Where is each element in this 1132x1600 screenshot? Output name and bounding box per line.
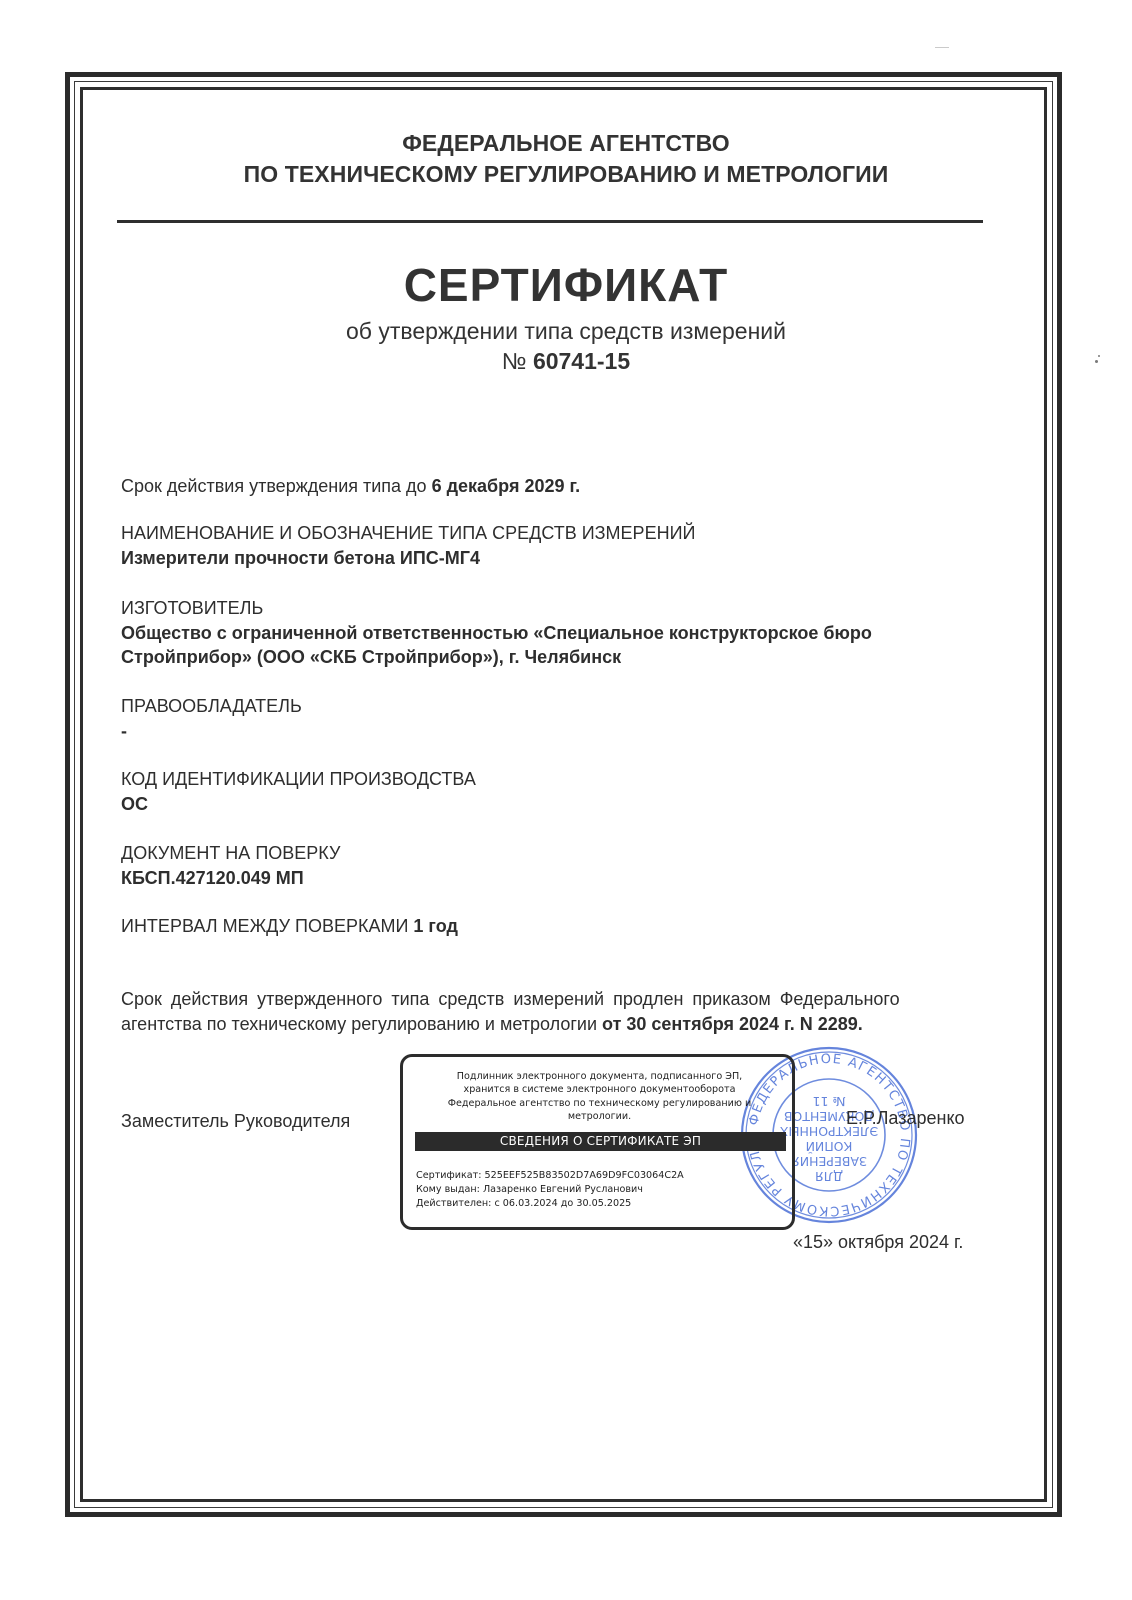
validity-date: 6 декабря 2029 г.	[432, 476, 581, 496]
signatory-position: Заместитель Руководителя	[121, 1111, 350, 1132]
field-label: ДОКУМЕНТ НА ПОВЕРКУ	[121, 841, 991, 866]
certificate-row: Сертификат: 525EEF525B83502D7A69D9FC0306…	[416, 1169, 684, 1183]
stamp-inner-line: № 11	[813, 1094, 846, 1109]
field-label: ИЗГОТОВИТЕЛЬ	[121, 596, 991, 621]
extension-line-1: Срок действия утвержденного типа средств…	[121, 987, 985, 1012]
validity-text: Срок действия утверждения типа до	[121, 476, 427, 496]
scan-artifact	[1098, 355, 1100, 357]
field-value: 1 год	[413, 916, 457, 936]
field-label: НАИМЕНОВАНИЕ И ОБОЗНАЧЕНИЕ ТИПА СРЕДСТВ …	[121, 521, 991, 546]
valid-value: с 06.03.2024 до 30.05.2025	[494, 1198, 631, 1209]
agency-line-1: ФЕДЕРАЛЬНОЕ АГЕНТСТВО	[0, 128, 1132, 159]
field-value: ОС	[121, 792, 991, 817]
field-production-code: КОД ИДЕНТИФИКАЦИИ ПРОИЗВОДСТВА ОС	[121, 767, 991, 816]
agency-header: ФЕДЕРАЛЬНОЕ АГЕНТСТВО ПО ТЕХНИЧЕСКОМУ РЕ…	[0, 128, 1132, 190]
certificate-subtitle-block: об утверждении типа средств измерений № …	[0, 316, 1132, 376]
certificate-title: СЕРТИФИКАТ	[0, 258, 1132, 312]
field-verification-interval: ИНТЕРВАЛ МЕЖДУ ПОВЕРКАМИ 1 год	[121, 914, 991, 939]
valid-label: Действителен:	[416, 1197, 491, 1211]
field-instrument-name: НАИМЕНОВАНИЕ И ОБОЗНАЧЕНИЕ ТИПА СРЕДСТВ …	[121, 521, 991, 570]
certificate-subtitle: об утверждении типа средств измерений	[0, 316, 1132, 346]
signature-date: «15» октября 2024 г.	[793, 1232, 963, 1253]
field-value-line-1: Общество с ограниченной ответственностью…	[121, 621, 991, 646]
field-label: ИНТЕРВАЛ МЕЖДУ ПОВЕРКАМИ	[121, 916, 408, 936]
scan-artifact	[935, 47, 949, 48]
field-label: КОД ИДЕНТИФИКАЦИИ ПРОИЗВОДСТВА	[121, 767, 991, 792]
e-signature-note: Подлинник электронного документа, подпис…	[421, 1070, 778, 1124]
header-divider	[117, 220, 983, 223]
certificate-value: 525EEF525B83502D7A69D9FC03064C2A	[485, 1170, 684, 1181]
issued-to-row: Кому выдан: Лазаренко Евгений Русланович	[416, 1183, 684, 1197]
valid-row: Действителен: с 06.03.2024 до 30.05.2025	[416, 1197, 684, 1211]
stamp-inner-line: ЗАВЕРЕНИЯ	[791, 1154, 867, 1169]
field-value: Измерители прочности бетона ИПС-МГ4	[121, 546, 991, 571]
certificate-label: Сертификат:	[416, 1169, 481, 1183]
field-value: -	[121, 719, 991, 744]
scan-artifact	[1095, 360, 1098, 363]
field-manufacturer: ИЗГОТОВИТЕЛЬ Общество с ограниченной отв…	[121, 596, 991, 670]
extension-order: от 30 сентября 2024 г. N 2289.	[602, 1014, 863, 1034]
field-rights-holder: ПРАВООБЛАДАТЕЛЬ -	[121, 694, 991, 743]
signatory-name: Е.Р.Лазаренко	[846, 1108, 965, 1129]
certificate-number: 60741-15	[533, 348, 630, 374]
issued-to-value: Лазаренко Евгений Русланович	[483, 1184, 643, 1195]
e-signature-box: Подлинник электронного документа, подпис…	[400, 1054, 795, 1230]
note-line: Федеральное агентство по техническому ре…	[421, 1097, 778, 1110]
validity-line: Срок действия утверждения типа до 6 дека…	[121, 474, 991, 499]
extension-line-2-text: агентства по техническому регулированию …	[121, 1014, 597, 1034]
note-line: хранится в системе электронного документ…	[421, 1083, 778, 1096]
e-signature-details: Сертификат: 525EEF525B83502D7A69D9FC0306…	[416, 1169, 684, 1211]
e-signature-title-bar: СВЕДЕНИЯ О СЕРТИФИКАТЕ ЭП	[415, 1132, 786, 1151]
stamp-inner-line: ДЛЯ	[815, 1169, 843, 1184]
field-verification-document: ДОКУМЕНТ НА ПОВЕРКУ КБСП.427120.049 МП	[121, 841, 991, 890]
note-line: Подлинник электронного документа, подпис…	[421, 1070, 778, 1083]
certificate-number-line: № 60741-15	[0, 346, 1132, 376]
note-line: метрологии.	[421, 1110, 778, 1123]
extension-line-2: агентства по техническому регулированию …	[121, 1012, 985, 1037]
field-label: ПРАВООБЛАДАТЕЛЬ	[121, 694, 991, 719]
stamp-inner-line: КОПИЙ	[806, 1139, 853, 1154]
issued-to-label: Кому выдан:	[416, 1183, 480, 1197]
field-value: КБСП.427120.049 МП	[121, 866, 991, 891]
agency-line-2: ПО ТЕХНИЧЕСКОМУ РЕГУЛИРОВАНИЮ И МЕТРОЛОГ…	[0, 159, 1132, 190]
number-prefix: №	[502, 348, 527, 374]
extension-paragraph: Срок действия утвержденного типа средств…	[121, 987, 985, 1036]
field-value-line-2: Стройприбор» (ООО «СКБ Стройприбор»), г.…	[121, 645, 991, 670]
